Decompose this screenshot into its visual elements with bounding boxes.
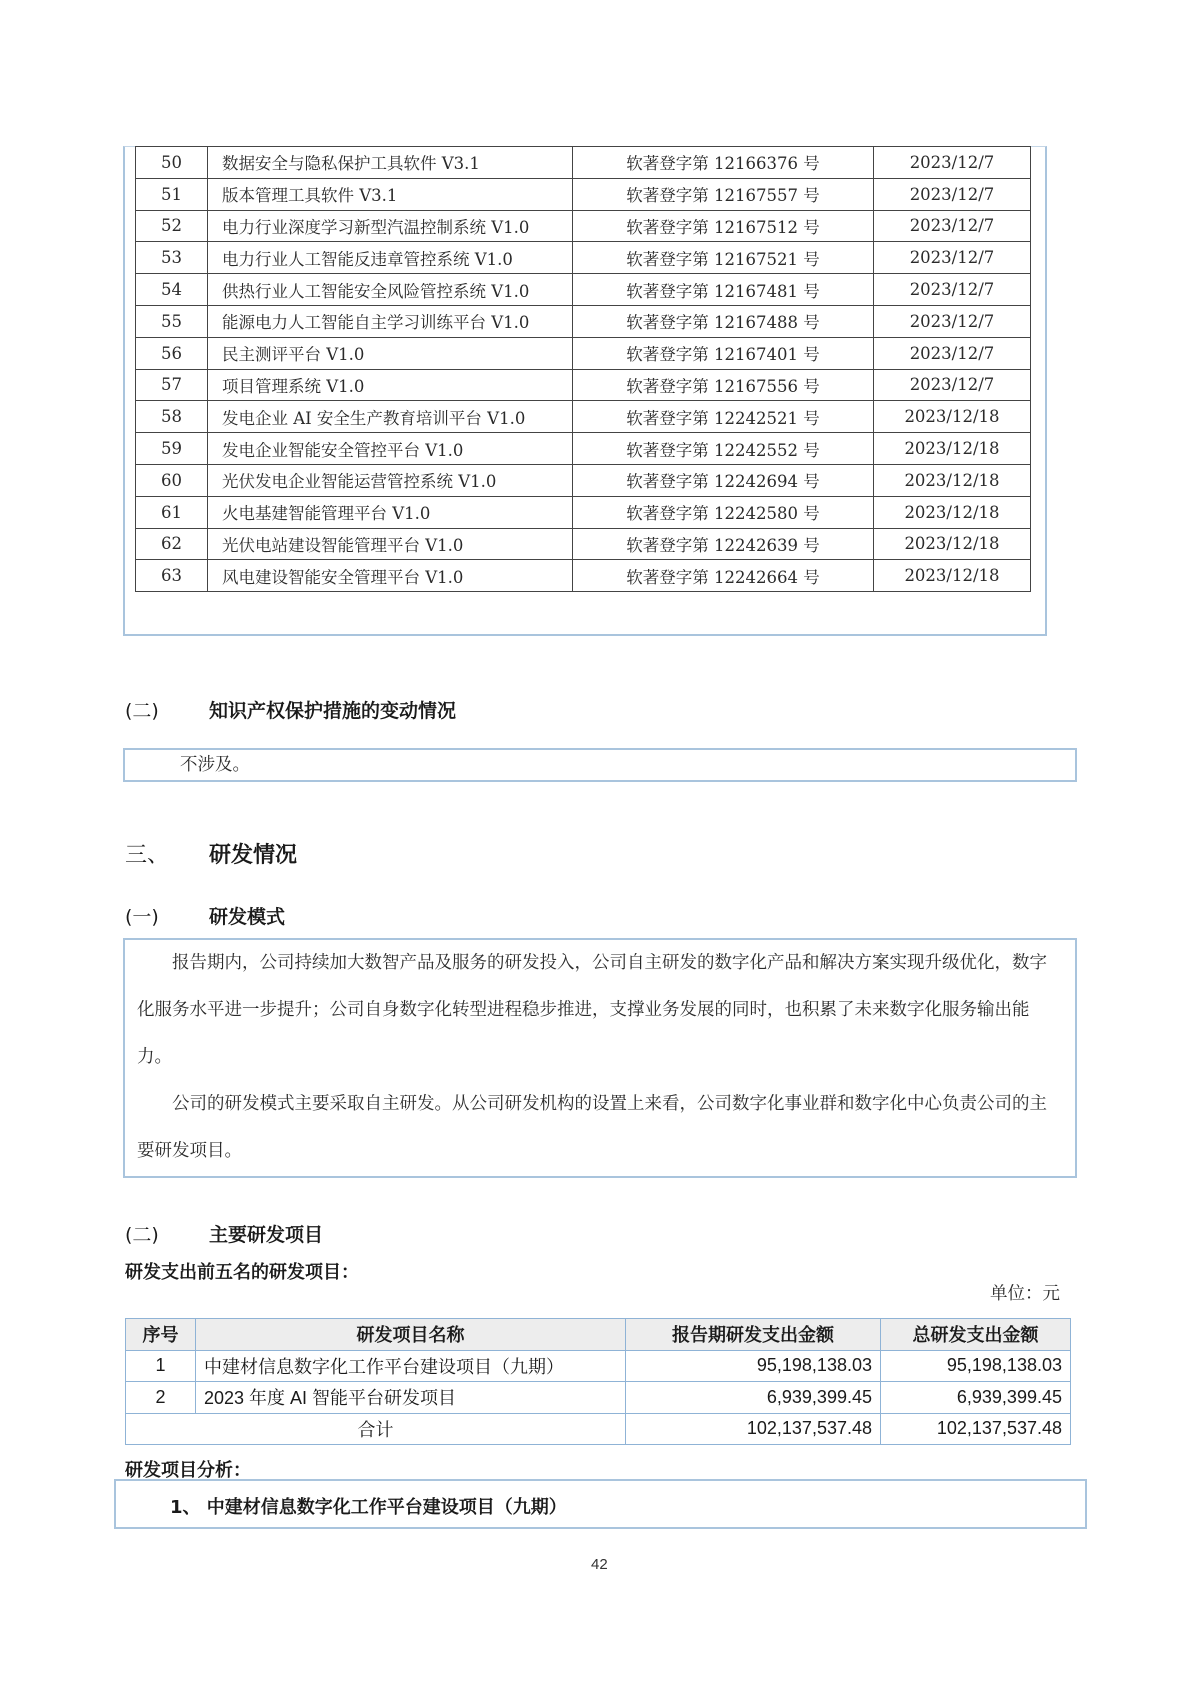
cell-name: 版本管理工具软件 V3.1 (208, 178, 573, 210)
cell-no: 1 (126, 1350, 196, 1382)
analysis-box: 1、 中建材信息数字化工作平台建设项目（九期） (114, 1479, 1087, 1529)
cell-name: 火电基建智能管理平台 V1.0 (208, 496, 573, 528)
cell-name: 能源电力人工智能自主学习训练平台 V1.0 (208, 305, 573, 337)
cell-name: 项目管理系统 V1.0 (208, 369, 573, 401)
rd-mode-box: 报告期内，公司持续加大数智产品及服务的研发投入，公司自主研发的数字化产品和解决方… (123, 938, 1077, 1178)
cell-date: 2023/12/7 (874, 242, 1031, 274)
header-total-amount: 总研发支出金额 (881, 1319, 1071, 1351)
cell-period-amount: 95,198,138.03 (626, 1350, 881, 1382)
cell-total-amount: 95,198,138.03 (881, 1350, 1071, 1382)
table-row: 62光伏电站建设智能管理平台 V1.0软著登字第 12242639 号2023/… (136, 528, 1031, 560)
table-row: 53电力行业人工智能反违章管控系统 V1.0软著登字第 12167521 号20… (136, 242, 1031, 274)
cell-no: 52 (136, 210, 208, 242)
rd-mode-heading: (一)研发模式 (125, 902, 285, 929)
cell-no: 51 (136, 178, 208, 210)
ip-content-box: 不涉及。 (123, 748, 1077, 782)
header-period-amount: 报告期研发支出金额 (626, 1319, 881, 1351)
cell-registration-no: 软著登字第 12166376 号 (573, 147, 874, 179)
page-number: 42 (591, 1556, 608, 1573)
table-row: 57项目管理系统 V1.0软著登字第 12167556 号2023/12/7 (136, 369, 1031, 401)
rd-projects-heading: (二)主要研发项目 (125, 1220, 323, 1247)
cell-registration-no: 软著登字第 12242664 号 (573, 560, 874, 592)
cell-name: 光伏发电企业智能运营管控系统 V1.0 (208, 464, 573, 496)
cell-no: 58 (136, 401, 208, 433)
cell-date: 2023/12/7 (874, 210, 1031, 242)
cell-registration-no: 软著登字第 12167521 号 (573, 242, 874, 274)
section-number: 三、 (125, 838, 209, 869)
software-copyright-table: 50数据安全与隐私保护工具软件 V3.1软著登字第 12166376 号2023… (135, 146, 1031, 592)
table-total-row: 合计 102,137,537.48 102,137,537.48 (126, 1413, 1071, 1445)
cell-no: 2 (126, 1382, 196, 1414)
cell-date: 2023/12/18 (874, 528, 1031, 560)
cell-no: 54 (136, 274, 208, 306)
cell-registration-no: 软著登字第 12167512 号 (573, 210, 874, 242)
cell-registration-no: 软著登字第 12167557 号 (573, 178, 874, 210)
rd-projects-table: 序号 研发项目名称 报告期研发支出金额 总研发支出金额 1 中建材信息数字化工作… (125, 1318, 1071, 1445)
cell-date: 2023/12/7 (874, 337, 1031, 369)
cell-name: 电力行业人工智能反违章管控系统 V1.0 (208, 242, 573, 274)
cell-name: 数据安全与隐私保护工具软件 V3.1 (208, 147, 573, 179)
cell-period-amount: 6,939,399.45 (626, 1382, 881, 1414)
cell-no: 61 (136, 496, 208, 528)
cell-name: 民主测评平台 V1.0 (208, 337, 573, 369)
cell-total-period: 102,137,537.48 (626, 1413, 881, 1445)
cell-no: 56 (136, 337, 208, 369)
header-name: 研发项目名称 (196, 1319, 626, 1351)
analysis-item-1: 1、 中建材信息数字化工作平台建设项目（九期） (170, 1493, 567, 1519)
cell-registration-no: 软著登字第 12242521 号 (573, 401, 874, 433)
cell-total-label: 合计 (126, 1413, 626, 1445)
cell-no: 57 (136, 369, 208, 401)
cell-date: 2023/12/18 (874, 464, 1031, 496)
cell-date: 2023/12/18 (874, 401, 1031, 433)
cell-no: 63 (136, 560, 208, 592)
cell-registration-no: 软著登字第 12167556 号 (573, 369, 874, 401)
cell-date: 2023/12/18 (874, 560, 1031, 592)
cell-registration-no: 软著登字第 12242694 号 (573, 464, 874, 496)
cell-name: 光伏电站建设智能管理平台 V1.0 (208, 528, 573, 560)
section-title: 知识产权保护措施的变动情况 (209, 700, 456, 722)
cell-date: 2023/12/18 (874, 433, 1031, 465)
table-row: 59发电企业智能安全管控平台 V1.0软著登字第 12242552 号2023/… (136, 433, 1031, 465)
rd-mode-paragraph-1: 报告期内，公司持续加大数智产品及服务的研发投入，公司自主研发的数字化产品和解决方… (137, 940, 1063, 1081)
table-row: 1 中建材信息数字化工作平台建设项目（九期） 95,198,138.03 95,… (126, 1350, 1071, 1382)
rd-section-heading: 三、研发情况 (125, 838, 297, 869)
section-number: (一) (125, 902, 209, 929)
cell-no: 62 (136, 528, 208, 560)
cell-no: 60 (136, 464, 208, 496)
cell-registration-no: 软著登字第 12242552 号 (573, 433, 874, 465)
table-row: 2 2023 年度 AI 智能平台研发项目 6,939,399.45 6,939… (126, 1382, 1071, 1414)
section-title: 主要研发项目 (209, 1224, 323, 1246)
cell-registration-no: 软著登字第 12242580 号 (573, 496, 874, 528)
cell-registration-no: 软著登字第 12167401 号 (573, 337, 874, 369)
rd-projects-subtitle: 研发支出前五名的研发项目： (125, 1258, 359, 1284)
cell-registration-no: 软著登字第 12242639 号 (573, 528, 874, 560)
table-row: 52电力行业深度学习新型汽温控制系统 V1.0软著登字第 12167512 号2… (136, 210, 1031, 242)
cell-name: 发电企业 AI 安全生产教育培训平台 V1.0 (208, 401, 573, 433)
table-row: 60光伏发电企业智能运营管控系统 V1.0软著登字第 12242694 号202… (136, 464, 1031, 496)
cell-name: 电力行业深度学习新型汽温控制系统 V1.0 (208, 210, 573, 242)
cell-name: 供热行业人工智能安全风险管控系统 V1.0 (208, 274, 573, 306)
ip-section-heading: (二)知识产权保护措施的变动情况 (125, 696, 456, 723)
header-no: 序号 (126, 1319, 196, 1351)
cell-registration-no: 软著登字第 12167481 号 (573, 274, 874, 306)
cell-registration-no: 软著登字第 12167488 号 (573, 305, 874, 337)
table-row: 54供热行业人工智能安全风险管控系统 V1.0软著登字第 12167481 号2… (136, 274, 1031, 306)
cell-no: 55 (136, 305, 208, 337)
section-title: 研发情况 (209, 843, 297, 868)
cell-date: 2023/12/7 (874, 147, 1031, 179)
section-number: (二) (125, 696, 209, 723)
table-row: 50数据安全与隐私保护工具软件 V3.1软著登字第 12166376 号2023… (136, 147, 1031, 179)
ip-content-text: 不涉及。 (125, 750, 1075, 780)
unit-label: 单位：元 (990, 1282, 1060, 1306)
table-row: 63风电建设智能安全管理平台 V1.0软著登字第 12242664 号2023/… (136, 560, 1031, 592)
section-title: 研发模式 (209, 906, 285, 928)
cell-name: 发电企业智能安全管控平台 V1.0 (208, 433, 573, 465)
section-number: (二) (125, 1220, 209, 1247)
cell-name: 中建材信息数字化工作平台建设项目（九期） (196, 1350, 626, 1382)
rd-mode-paragraph-2: 公司的研发模式主要采取自主研发。从公司研发机构的设置上来看，公司数字化事业群和数… (137, 1081, 1063, 1175)
table-row: 51版本管理工具软件 V3.1软著登字第 12167557 号2023/12/7 (136, 178, 1031, 210)
table-row: 58发电企业 AI 安全生产教育培训平台 V1.0软著登字第 12242521 … (136, 401, 1031, 433)
cell-date: 2023/12/7 (874, 178, 1031, 210)
table-row: 55能源电力人工智能自主学习训练平台 V1.0软著登字第 12167488 号2… (136, 305, 1031, 337)
cell-no: 53 (136, 242, 208, 274)
cell-date: 2023/12/7 (874, 274, 1031, 306)
cell-no: 59 (136, 433, 208, 465)
table-row: 56民主测评平台 V1.0软著登字第 12167401 号2023/12/7 (136, 337, 1031, 369)
cell-name: 风电建设智能安全管理平台 V1.0 (208, 560, 573, 592)
cell-date: 2023/12/7 (874, 305, 1031, 337)
cell-date: 2023/12/7 (874, 369, 1031, 401)
cell-name: 2023 年度 AI 智能平台研发项目 (196, 1382, 626, 1414)
cell-total-total: 102,137,537.48 (881, 1413, 1071, 1445)
cell-date: 2023/12/18 (874, 496, 1031, 528)
table-header-row: 序号 研发项目名称 报告期研发支出金额 总研发支出金额 (126, 1319, 1071, 1351)
table-row: 61火电基建智能管理平台 V1.0软著登字第 12242580 号2023/12… (136, 496, 1031, 528)
cell-total-amount: 6,939,399.45 (881, 1382, 1071, 1414)
cell-no: 50 (136, 147, 208, 179)
